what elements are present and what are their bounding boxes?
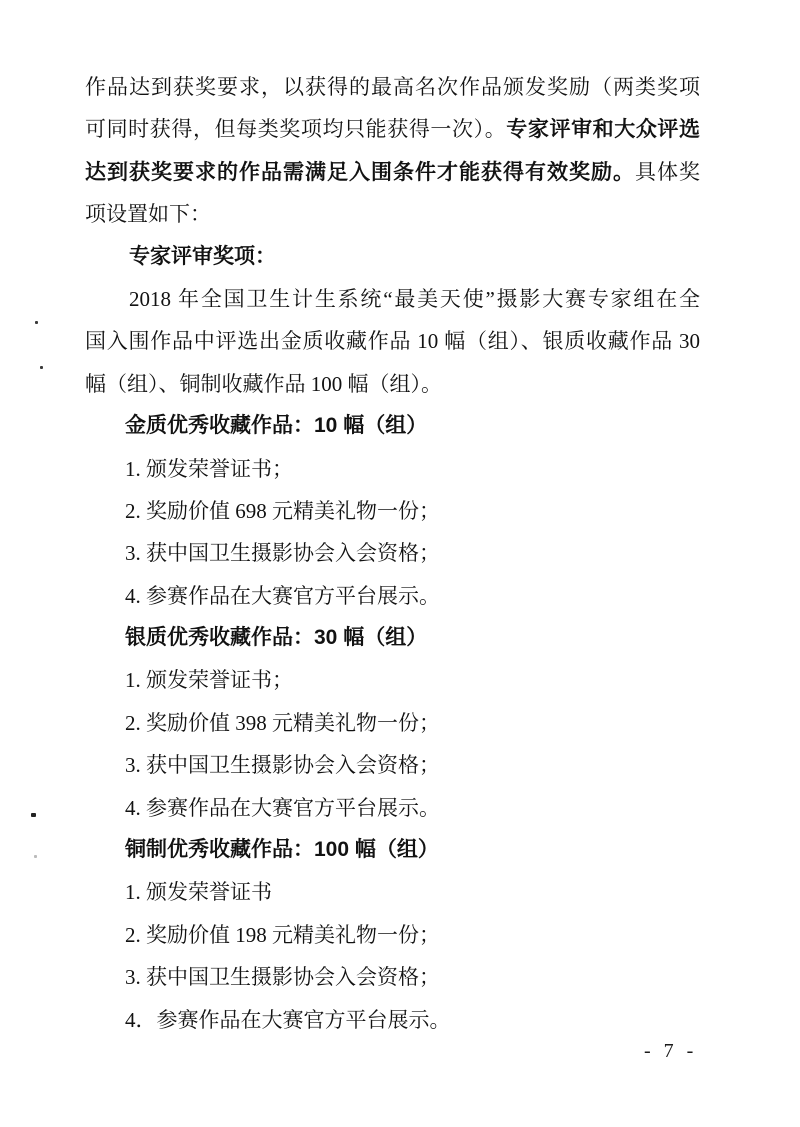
bronze-tier-item: 4．参赛作品在大赛官方平台展示。 [85, 999, 700, 1041]
silver-tier-heading: 银质优秀收藏作品：30 幅（组） [85, 617, 700, 659]
gold-tier-heading: 金质优秀收藏作品：10 幅（组） [85, 405, 700, 447]
intro-text: 作品达到获奖要求，以获得的最高名次作品颁发奖励（两类奖项 [85, 75, 700, 99]
scan-speck [40, 366, 43, 369]
gold-tier-item: 3. 获中国卫生摄影协会入会资格； [85, 532, 700, 574]
intro-bold-text: 达到获奖要求的作品需满足入围条件才能获得有效奖励。 [85, 161, 635, 184]
expert-para-line-2: 国入围作品中评选出金质收藏作品 10 幅（组）、银质收藏作品 30 [85, 320, 700, 362]
gold-tier-item: 2. 奖励价值 698 元精美礼物一份； [85, 490, 700, 532]
scan-speck [31, 813, 36, 817]
bronze-tier-item: 1. 颁发荣誉证书 [85, 871, 700, 913]
expert-para-line-1: 2018 年全国卫生计生系统“最美天使”摄影大赛专家组在全 [85, 278, 700, 320]
bronze-tier-item: 3. 获中国卫生摄影协会入会资格； [85, 956, 700, 998]
intro-line-2: 可同时获得，但每类奖项均只能获得一次）。专家评审和大众评选 [85, 108, 700, 150]
intro-text: 具体奖 [635, 160, 700, 184]
silver-tier-item: 1. 颁发荣誉证书； [85, 659, 700, 701]
bronze-tier-heading: 铜制优秀收藏作品：100 幅（组） [85, 829, 700, 871]
document-page: 作品达到获奖要求，以获得的最高名次作品颁发奖励（两类奖项 可同时获得，但每类奖项… [0, 0, 800, 1127]
expert-awards-heading: 专家评审奖项： [85, 236, 700, 278]
scan-speck [34, 855, 37, 858]
intro-line-3: 达到获奖要求的作品需满足入围条件才能获得有效奖励。具体奖 [85, 151, 700, 193]
intro-line-4: 项设置如下： [85, 193, 700, 235]
document-body: 作品达到获奖要求，以获得的最高名次作品颁发奖励（两类奖项 可同时获得，但每类奖项… [85, 66, 700, 1041]
intro-line-1: 作品达到获奖要求，以获得的最高名次作品颁发奖励（两类奖项 [85, 66, 700, 108]
gold-tier-item: 1. 颁发荣誉证书； [85, 448, 700, 490]
gold-tier-item: 4. 参赛作品在大赛官方平台展示。 [85, 575, 700, 617]
intro-bold-text: 专家评审和大众评选 [506, 118, 700, 141]
expert-para-text: 国入围作品中评选出金质收藏作品 10 幅（组）、银质收藏作品 30 [85, 329, 700, 353]
expert-para-line-3: 幅（组）、铜制收藏作品 100 幅（组）。 [85, 363, 700, 405]
silver-tier-item: 3. 获中国卫生摄影协会入会资格； [85, 744, 700, 786]
page-number: - 7 - [644, 1040, 697, 1063]
expert-para-text: 2018 年全国卫生计生系统“最美天使”摄影大赛专家组在全 [129, 287, 700, 311]
silver-tier-item: 2. 奖励价值 398 元精美礼物一份； [85, 702, 700, 744]
silver-tier-item: 4. 参赛作品在大赛官方平台展示。 [85, 787, 700, 829]
intro-text: 可同时获得，但每类奖项均只能获得一次）。 [85, 117, 506, 141]
scan-speck [35, 321, 38, 324]
bronze-tier-item: 2. 奖励价值 198 元精美礼物一份； [85, 914, 700, 956]
